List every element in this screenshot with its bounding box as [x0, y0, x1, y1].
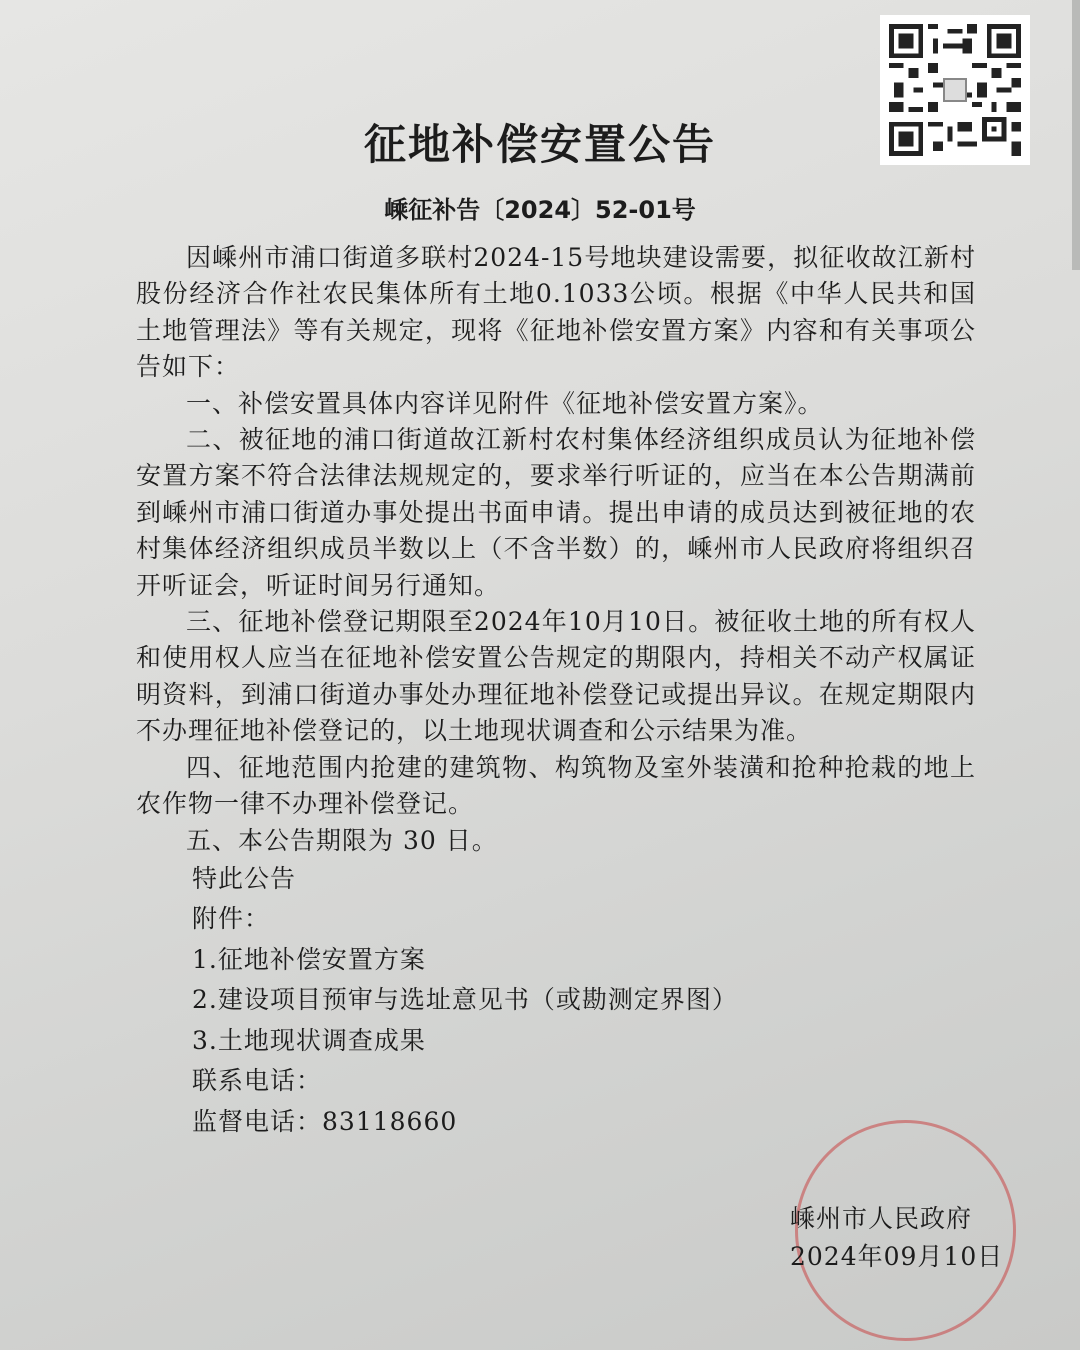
- notice-body: 因嵊州市浦口街道多联村2024-15号地块建设需要，拟征收故江新村股份经济合作社…: [136, 240, 976, 1142]
- notice-page: 征地补偿安置公告 嵊征补告〔2024〕52-01号 因嵊州市浦口街道多联村202…: [0, 0, 1080, 1350]
- document-number: 嵊征补告〔2024〕52-01号: [0, 190, 1080, 225]
- issuer-name: 嵊州市人民政府: [790, 1200, 1003, 1238]
- supervision-phone-label: 监督电话：: [192, 1107, 322, 1136]
- attachment-item: 1.征地补偿安置方案: [136, 940, 976, 981]
- paragraph-item-2: 二、被征地的浦口街道故江新村农村集体经济组织成员认为征地补偿安置方案不符合法律法…: [136, 422, 976, 604]
- attachments-label: 附件：: [136, 899, 976, 940]
- closing-text: 特此公告: [136, 859, 976, 900]
- issue-date: 2024年09月10日: [790, 1238, 1003, 1276]
- attachment-item: 2.建设项目预审与选址意见书（或勘测定界图）: [136, 980, 976, 1021]
- page-title: 征地补偿安置公告: [0, 112, 1080, 172]
- paragraph-item-1: 一、补偿安置具体内容详见附件《征地补偿安置方案》。: [136, 386, 976, 422]
- supervision-phone-number: 83118660: [322, 1107, 457, 1136]
- contact-phone-label: 联系电话：: [136, 1061, 976, 1102]
- paragraph-item-5: 五、本公告期限为 30 日。: [136, 823, 976, 859]
- paragraph-intro: 因嵊州市浦口街道多联村2024-15号地块建设需要，拟征收故江新村股份经济合作社…: [136, 240, 976, 386]
- attachment-item: 3.土地现状调查成果: [136, 1021, 976, 1062]
- paragraph-item-3: 三、征地补偿登记期限至2024年10月10日。被征收土地的所有权人和使用权人应当…: [136, 604, 976, 750]
- signature-block: 嵊州市人民政府 2024年09月10日: [790, 1200, 1003, 1276]
- paragraph-item-4: 四、征地范围内抢建的建筑物、构筑物及室外装潢和抢种抢栽的地上农作物一律不办理补偿…: [136, 750, 976, 823]
